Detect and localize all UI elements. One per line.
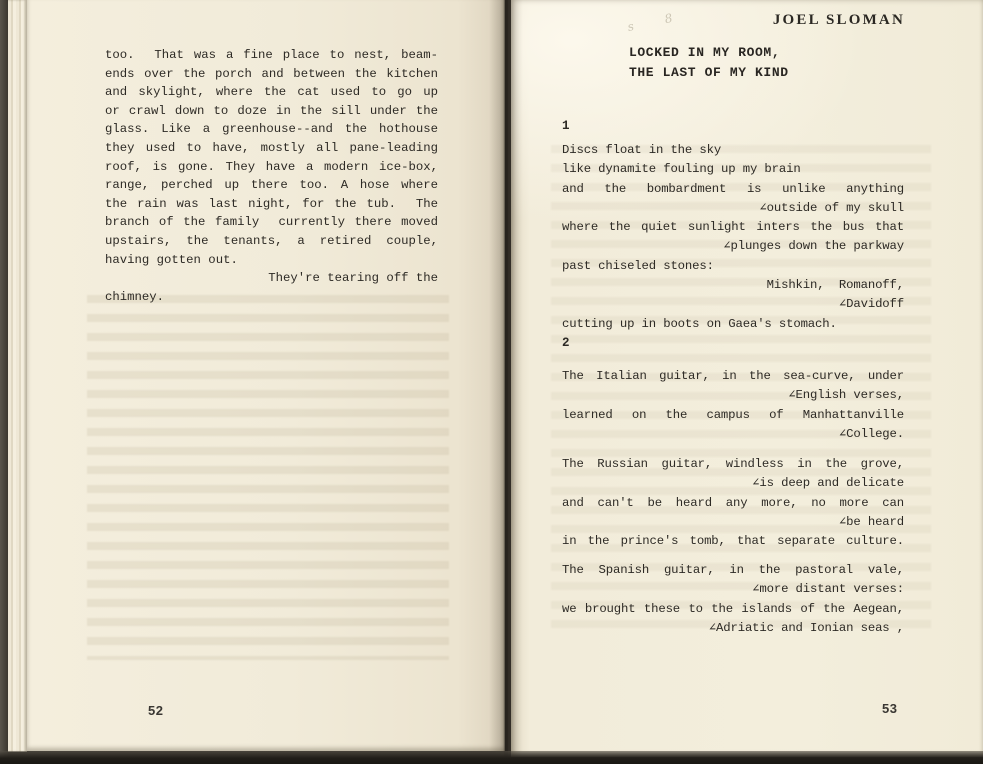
prose-line: chimney.: [105, 288, 438, 307]
poem-line: like dynamite fouling up my brain: [562, 160, 904, 179]
prose-line: or crawl down to doze in the sill under …: [105, 102, 438, 121]
prose-line: too. That was a fine place to nest, beam…: [105, 46, 438, 65]
gutter-seam: [505, 0, 508, 757]
poem-line: The Italian guitar, in the sea-curve, un…: [562, 367, 904, 386]
poem-line: ∠more distant verses:: [562, 580, 904, 599]
poem-line: cutting up in boots on Gaea's stomach.: [562, 315, 904, 334]
section-number-1: 1: [562, 119, 570, 133]
section-number-2: 2: [562, 336, 570, 350]
poem-line: ∠be heard: [562, 513, 904, 532]
prose-line: branch of the family currently there mov…: [105, 213, 438, 232]
poem-stanza-1: Discs float in the skylike dynamite foul…: [562, 141, 904, 334]
prose-line: having gotten out.: [105, 251, 438, 270]
poem-title: LOCKED IN MY ROOM, THE LAST OF MY KIND: [629, 43, 789, 83]
poem-line: ∠plunges down the parkway: [562, 237, 904, 256]
poem-line: ∠College.: [562, 425, 904, 444]
poem-line: The Spanish guitar, in the pastoral vale…: [562, 561, 904, 580]
pencil-mark: s 8: [626, 8, 687, 34]
prose-line: and skylight, where the cat used to go u…: [105, 83, 438, 102]
page-number: 52: [148, 703, 163, 718]
poem-line: and can't be heard any more, no more can: [562, 494, 904, 513]
prose-line: roof, is gone. They have a modern ice-bo…: [105, 158, 438, 177]
running-head-author: JOEL SLOMAN: [773, 12, 905, 29]
scan-bottom-edge: [0, 751, 983, 764]
poem-line: The Russian guitar, windless in the grov…: [562, 455, 904, 474]
right-page: JOEL SLOMAN s 8 LOCKED IN MY ROOM, THE L…: [511, 0, 983, 757]
poem-stanza-2b: The Russian guitar, windless in the grov…: [562, 455, 904, 551]
page-fore-edge: [8, 0, 27, 752]
left-page: too. That was a fine place to nest, beam…: [27, 0, 505, 751]
poem-line: we brought these to the islands of the A…: [562, 600, 904, 619]
poem-title-line: LOCKED IN MY ROOM,: [629, 43, 789, 63]
poem-line: ∠Davidoff: [562, 295, 904, 314]
book-scan: too. That was a fine place to nest, beam…: [0, 0, 983, 764]
poem-line: Mishkin, Romanoff,: [562, 276, 904, 295]
poem-line: where the quiet sunlight inters the bus …: [562, 218, 904, 237]
prose-line: ends over the porch and between the kitc…: [105, 65, 438, 84]
prose-line: They're tearing off the: [105, 269, 438, 288]
poem-line: ∠is deep and delicate: [562, 474, 904, 493]
poem-line: in the prince's tomb, that separate cult…: [562, 532, 904, 551]
prose-line: glass. Like a greenhouse--and the hothou…: [105, 120, 438, 139]
prose-line: upstairs, the tenants, a retired couple,: [105, 232, 438, 251]
poem-line: learned on the campus of Manhattanville: [562, 406, 904, 425]
poem-stanza-2c: The Spanish guitar, in the pastoral vale…: [562, 561, 904, 638]
poem-line: Discs float in the sky: [562, 141, 904, 160]
left-page-paragraph: too. That was a fine place to nest, beam…: [105, 46, 438, 306]
poem-stanza-2a: The Italian guitar, in the sea-curve, un…: [562, 367, 904, 444]
scan-left-edge: [0, 0, 8, 764]
poem-line: past chiseled stones:: [562, 257, 904, 276]
poem-line: and the bombardment is unlike anything: [562, 180, 904, 199]
poem-line: ∠outside of my skull: [562, 199, 904, 218]
prose-line: range, perched up there too. A hose wher…: [105, 176, 438, 195]
page-number: 53: [882, 701, 897, 716]
showthrough-ghost-text: [87, 295, 449, 660]
prose-line: the rain was last night, for the tub. Th…: [105, 195, 438, 214]
poem-line: ∠English verses,: [562, 386, 904, 405]
prose-line: they used to have, mostly all pane-leadi…: [105, 139, 438, 158]
poem-title-line: THE LAST OF MY KIND: [629, 63, 789, 83]
poem-line: ∠Adriatic and Ionian seas ,: [562, 619, 904, 638]
